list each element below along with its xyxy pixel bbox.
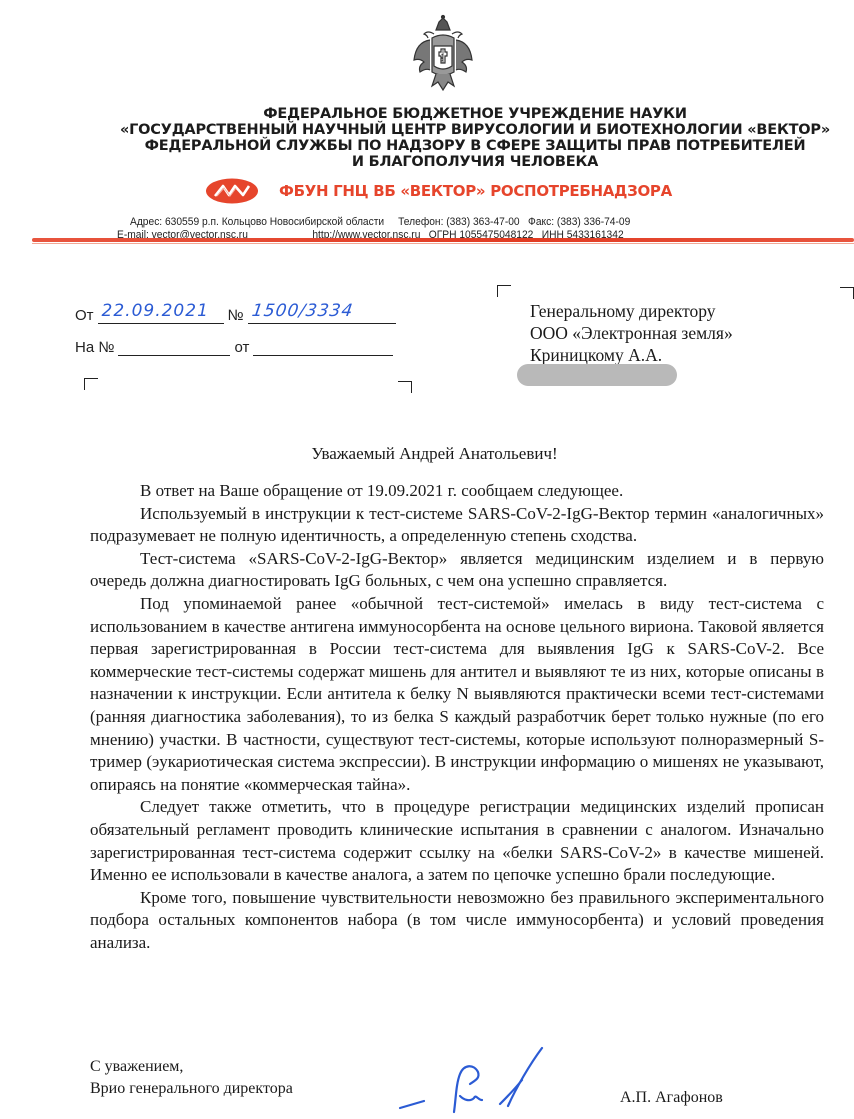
reply-number-field [118, 332, 230, 356]
paragraph-3: Тест-система «SARS-CoV-2-IgG-Вектор» явл… [90, 548, 824, 593]
phone: Телефон: (383) 363-47-00 [398, 216, 519, 228]
paragraph-4: Под упоминаемой ранее «обычной тест-сист… [90, 593, 824, 796]
org-line-3: ФЕДЕРАЛЬНОЙ СЛУЖБЫ ПО НАДЗОРУ В СФЕРЕ ЗА… [100, 138, 850, 154]
addressee-position: Генеральному директору [530, 300, 733, 322]
closing-block: С уважением, Врио генерального директора [90, 1056, 293, 1100]
paragraph-2: Используемый в инструкции к тест-системе… [90, 503, 824, 548]
address: Адрес: 630559 р.п. Кольцово Новосибирско… [130, 216, 384, 228]
addressee-company: ООО «Электронная земля» [530, 322, 733, 344]
letterhead-divider [32, 238, 854, 242]
fax: Факс: (383) 336-74-09 [528, 216, 630, 228]
redacted-block [517, 364, 677, 386]
handwritten-date: 22.09.2021 [102, 301, 209, 321]
brand-name: ФБУН ГНЦ ВБ «ВЕКТОР» РОСПОТРЕБНАДЗОРА [279, 182, 672, 200]
corner-bracket-left [84, 378, 98, 390]
letterhead-divider-thin [32, 243, 854, 244]
signer-position: Врио генерального директора [90, 1078, 293, 1100]
reply-date-field [253, 332, 393, 356]
signer-name: А.П. Агафонов [620, 1089, 723, 1107]
greeting: Уважаемый Андрей Анатольевич! [0, 444, 854, 464]
handwritten-signature-icon [396, 1044, 546, 1118]
reply-from-label: от [234, 339, 249, 356]
org-line-4: И БЛАГОПОЛУЧИЯ ЧЕЛОВЕКА [100, 154, 850, 170]
paragraph-5: Следует также отметить, что в процедуре … [90, 796, 824, 886]
org-line-1: ФЕДЕРАЛЬНОЕ БЮДЖЕТНОЕ УЧРЕЖДЕНИЕ НАУКИ [100, 106, 850, 122]
reply-to-label: На № [75, 339, 114, 356]
regards: С уважением, [90, 1056, 293, 1078]
address-corner-bracket-right [840, 287, 854, 299]
registration-block: От 22.09.2021 № 1500/3334 На № от [75, 296, 396, 356]
vector-logo-icon [205, 178, 259, 204]
addressee-name: Криницкому А.А. [530, 344, 733, 366]
paragraph-1: В ответ на Ваше обращение от 19.09.2021 … [90, 480, 824, 503]
from-label: От [75, 307, 94, 324]
number-field: 1500/3334 [248, 300, 396, 324]
org-line-2: «ГОСУДАРСТВЕННЫЙ НАУЧНЫЙ ЦЕНТР ВИРУСОЛОГ… [100, 122, 850, 138]
brand-row: ФБУН ГНЦ ВБ «ВЕКТОР» РОСПОТРЕБНАДЗОРА [205, 176, 672, 206]
address-corner-bracket-left [497, 285, 511, 297]
number-label: № [228, 307, 244, 324]
organization-name: ФЕДЕРАЛЬНОЕ БЮДЖЕТНОЕ УЧРЕЖДЕНИЕ НАУКИ «… [100, 106, 850, 170]
double-headed-eagle-emblem-icon [412, 14, 474, 96]
outgoing-registration: От 22.09.2021 № 1500/3334 [75, 296, 396, 324]
handwritten-number: 1500/3334 [250, 301, 354, 321]
addressee: Генеральному директору ООО «Электронная … [530, 300, 733, 366]
corner-bracket-right [398, 381, 412, 393]
incoming-reference: На № от [75, 328, 396, 356]
letter-body: В ответ на Ваше обращение от 19.09.2021 … [90, 480, 824, 954]
date-field: 22.09.2021 [98, 300, 224, 324]
paragraph-6: Кроме того, повышение чувствительности н… [90, 887, 824, 955]
